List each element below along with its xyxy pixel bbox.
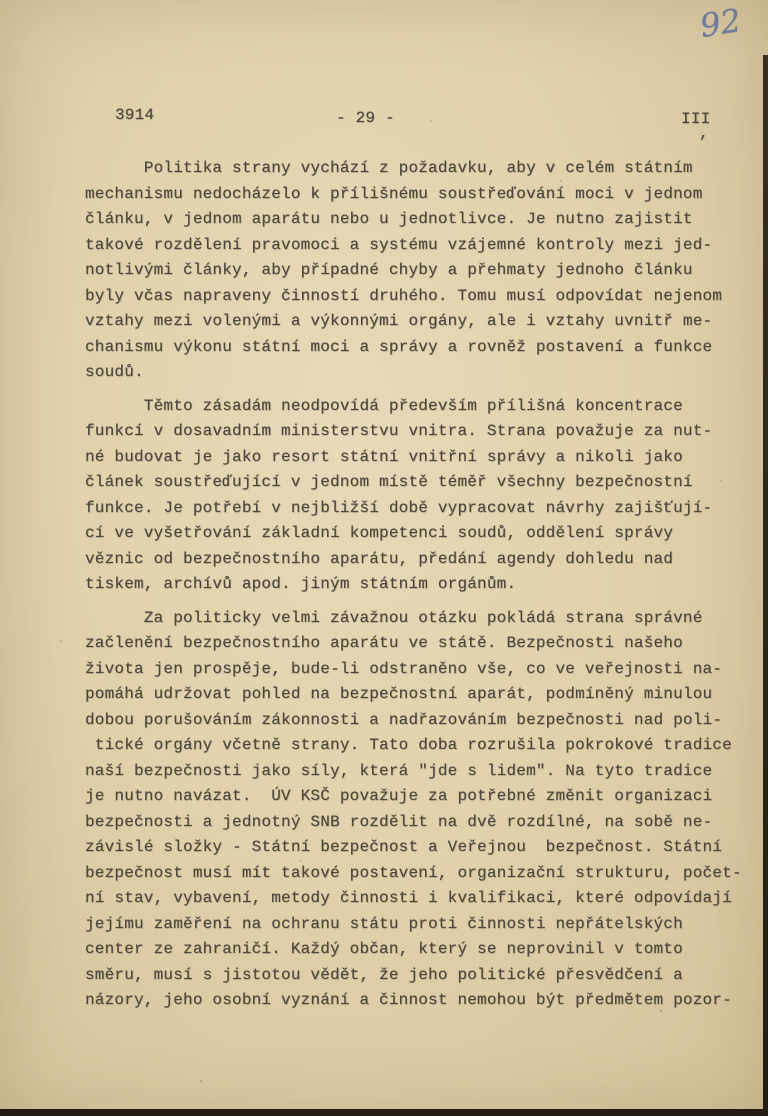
text-line: článku, v jednom aparátu nebo u jednotli… xyxy=(85,207,742,233)
text-line: byly včas napraveny činností druhého. To… xyxy=(85,284,742,310)
text-line: Těmto zásadám neodpovídá především příli… xyxy=(85,394,742,420)
text-line: cí ve vyšetřování základní kompetenci so… xyxy=(85,521,742,547)
text-line: chanismu výkonu státní moci a správy a r… xyxy=(85,335,742,361)
document-body: Politika strany vychází z požadavku, aby… xyxy=(85,156,742,1022)
text-line: jejímu zaměření na ochranu státu proti č… xyxy=(85,912,742,938)
paragraph: Těmto zásadám neodpovídá především příli… xyxy=(85,394,742,598)
text-line: né budovat je jako resort státní vnitřní… xyxy=(85,445,742,471)
text-line: vztahy mezi volenými a výkonnými orgány,… xyxy=(85,309,742,335)
section-comma-mark: , xyxy=(699,124,709,142)
text-line: dobou porušováním zákonnosti a nadřazová… xyxy=(85,708,742,734)
text-line: tické orgány včetně strany. Tato doba ro… xyxy=(85,733,742,759)
text-line: naší bezpečnosti jako síly, která "jde s… xyxy=(85,759,742,785)
text-line: mechanismu nedocházelo k přílišnému sous… xyxy=(85,182,742,208)
scanned-document-page: 92 3914 - 29 - III , Politika strany vyc… xyxy=(0,0,768,1116)
text-line: bezpečnost musí mít takové postavení, or… xyxy=(85,861,742,887)
text-line: závislé složky - Státní bezpečnost a Veř… xyxy=(85,835,742,861)
scan-edge-bottom xyxy=(0,1109,768,1116)
text-line: článek soustřeďující v jednom místě témě… xyxy=(85,470,742,496)
text-line: soudů. xyxy=(85,360,742,386)
text-line: ní stav, vybavení, metody činnosti i kva… xyxy=(85,886,742,912)
text-line: směru, musí s jistotou vědět, že jeho po… xyxy=(85,963,742,989)
text-line: věznic od bezpečnostního aparátu, předán… xyxy=(85,547,742,573)
handwritten-page-number: 92 xyxy=(697,1,743,45)
text-line: Politika strany vychází z požadavku, aby… xyxy=(85,156,742,182)
paper-texture xyxy=(0,0,2,2)
text-line: center ze zahraničí. Každý občan, který … xyxy=(85,937,742,963)
text-line: začlenění bezpečnostního aparátu ve stát… xyxy=(85,631,742,657)
document-number: 3914 xyxy=(115,106,154,124)
paragraph: Za politicky velmi závažnou otázku poklá… xyxy=(85,606,742,1014)
text-line: funkcí v dosavadním ministerstvu vnitra.… xyxy=(85,419,742,445)
text-line: Za politicky velmi závažnou otázku poklá… xyxy=(85,606,742,632)
text-line: funkce. Je potřebí v nejbližší době vypr… xyxy=(85,496,742,522)
page-number: - 29 - xyxy=(336,109,395,127)
text-line: tiskem, archívů apod. jiným státním orgá… xyxy=(85,572,742,598)
text-line: je nutno navázat. ÚV KSČ považuje za pot… xyxy=(85,784,742,810)
scan-edge-right xyxy=(763,55,768,1116)
text-line: bezpečnosti a jednotný SNB rozdělit na d… xyxy=(85,810,742,836)
text-line: názory, jeho osobní vyznání a činnost ne… xyxy=(85,988,742,1014)
text-line: pomáhá udržovat pohled na bezpečnostní a… xyxy=(85,682,742,708)
text-line: takové rozdělení pravomoci a systému vzá… xyxy=(85,233,742,259)
text-line: notlivými články, aby případné chyby a p… xyxy=(85,258,742,284)
text-line: života jen prospěje, bude-li odstraněno … xyxy=(85,657,742,683)
paragraph: Politika strany vychází z požadavku, aby… xyxy=(85,156,742,386)
